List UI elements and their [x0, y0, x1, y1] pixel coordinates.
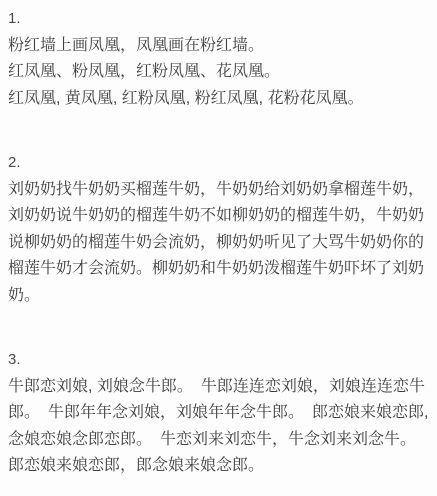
twister-line: 红凤凰、粉凤凰，红粉凤凰、花凤凰。 — [8, 59, 433, 86]
twister-line: 红凤凰, 黄凤凰, 红粉凤凰, 粉红凤凰, 花粉花凤凰。 — [8, 86, 433, 113]
section-2-number: 2. — [8, 150, 433, 177]
twister-paragraph: 刘奶奶找牛奶奶买榴莲牛奶，牛奶奶给刘奶奶拿榴莲牛奶，刘奶奶说牛奶奶的榴莲牛奶不如… — [8, 177, 433, 310]
twister-section-1: 1. 粉红墙上画凤凰，凤凰画在粉红墙。 红凤凰、粉凤凰，红粉凤凰、花凤凰。 红凤… — [8, 6, 433, 112]
section-1-number: 1. — [8, 6, 433, 33]
section-3-number: 3. — [8, 347, 433, 374]
twister-line: 粉红墙上画凤凰，凤凰画在粉红墙。 — [8, 33, 433, 60]
twister-section-2: 2. 刘奶奶找牛奶奶买榴莲牛奶，牛奶奶给刘奶奶拿榴莲牛奶，刘奶奶说牛奶奶的榴莲牛… — [8, 150, 433, 309]
document-page: 1. 粉红墙上画凤凰，凤凰画在粉红墙。 红凤凰、粉凤凰，红粉凤凰、花凤凰。 红凤… — [0, 0, 437, 496]
twister-section-3: 3. 牛郎恋刘娘, 刘娘念牛郎。 牛郎连连恋刘娘，刘娘连连恋牛郎。 牛郎年年念刘… — [8, 347, 433, 480]
twister-paragraph: 牛郎恋刘娘, 刘娘念牛郎。 牛郎连连恋刘娘，刘娘连连恋牛郎。 牛郎年年念刘娘，刘… — [8, 374, 433, 480]
